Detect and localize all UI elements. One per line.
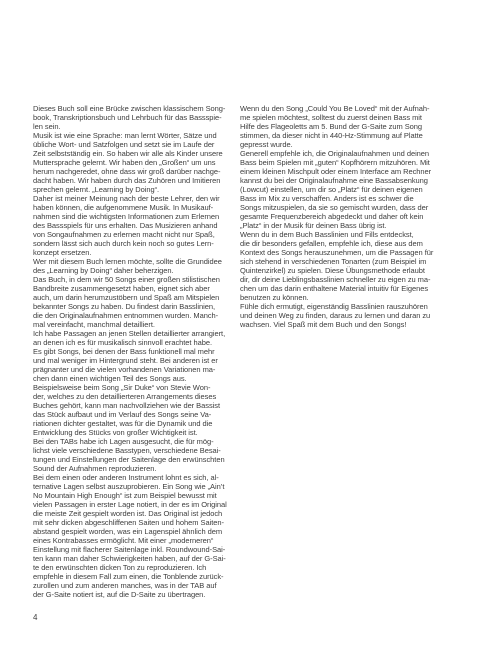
book-page: Dieses Buch soll eine Brücke zwischen kl… (0, 0, 490, 648)
right-text-column: Wenn du den Song „Could You Be Loved“ mi… (240, 104, 468, 329)
page-number: 4 (33, 613, 37, 623)
left-text-column: Dieses Buch soll eine Brücke zwischen kl… (33, 104, 235, 599)
